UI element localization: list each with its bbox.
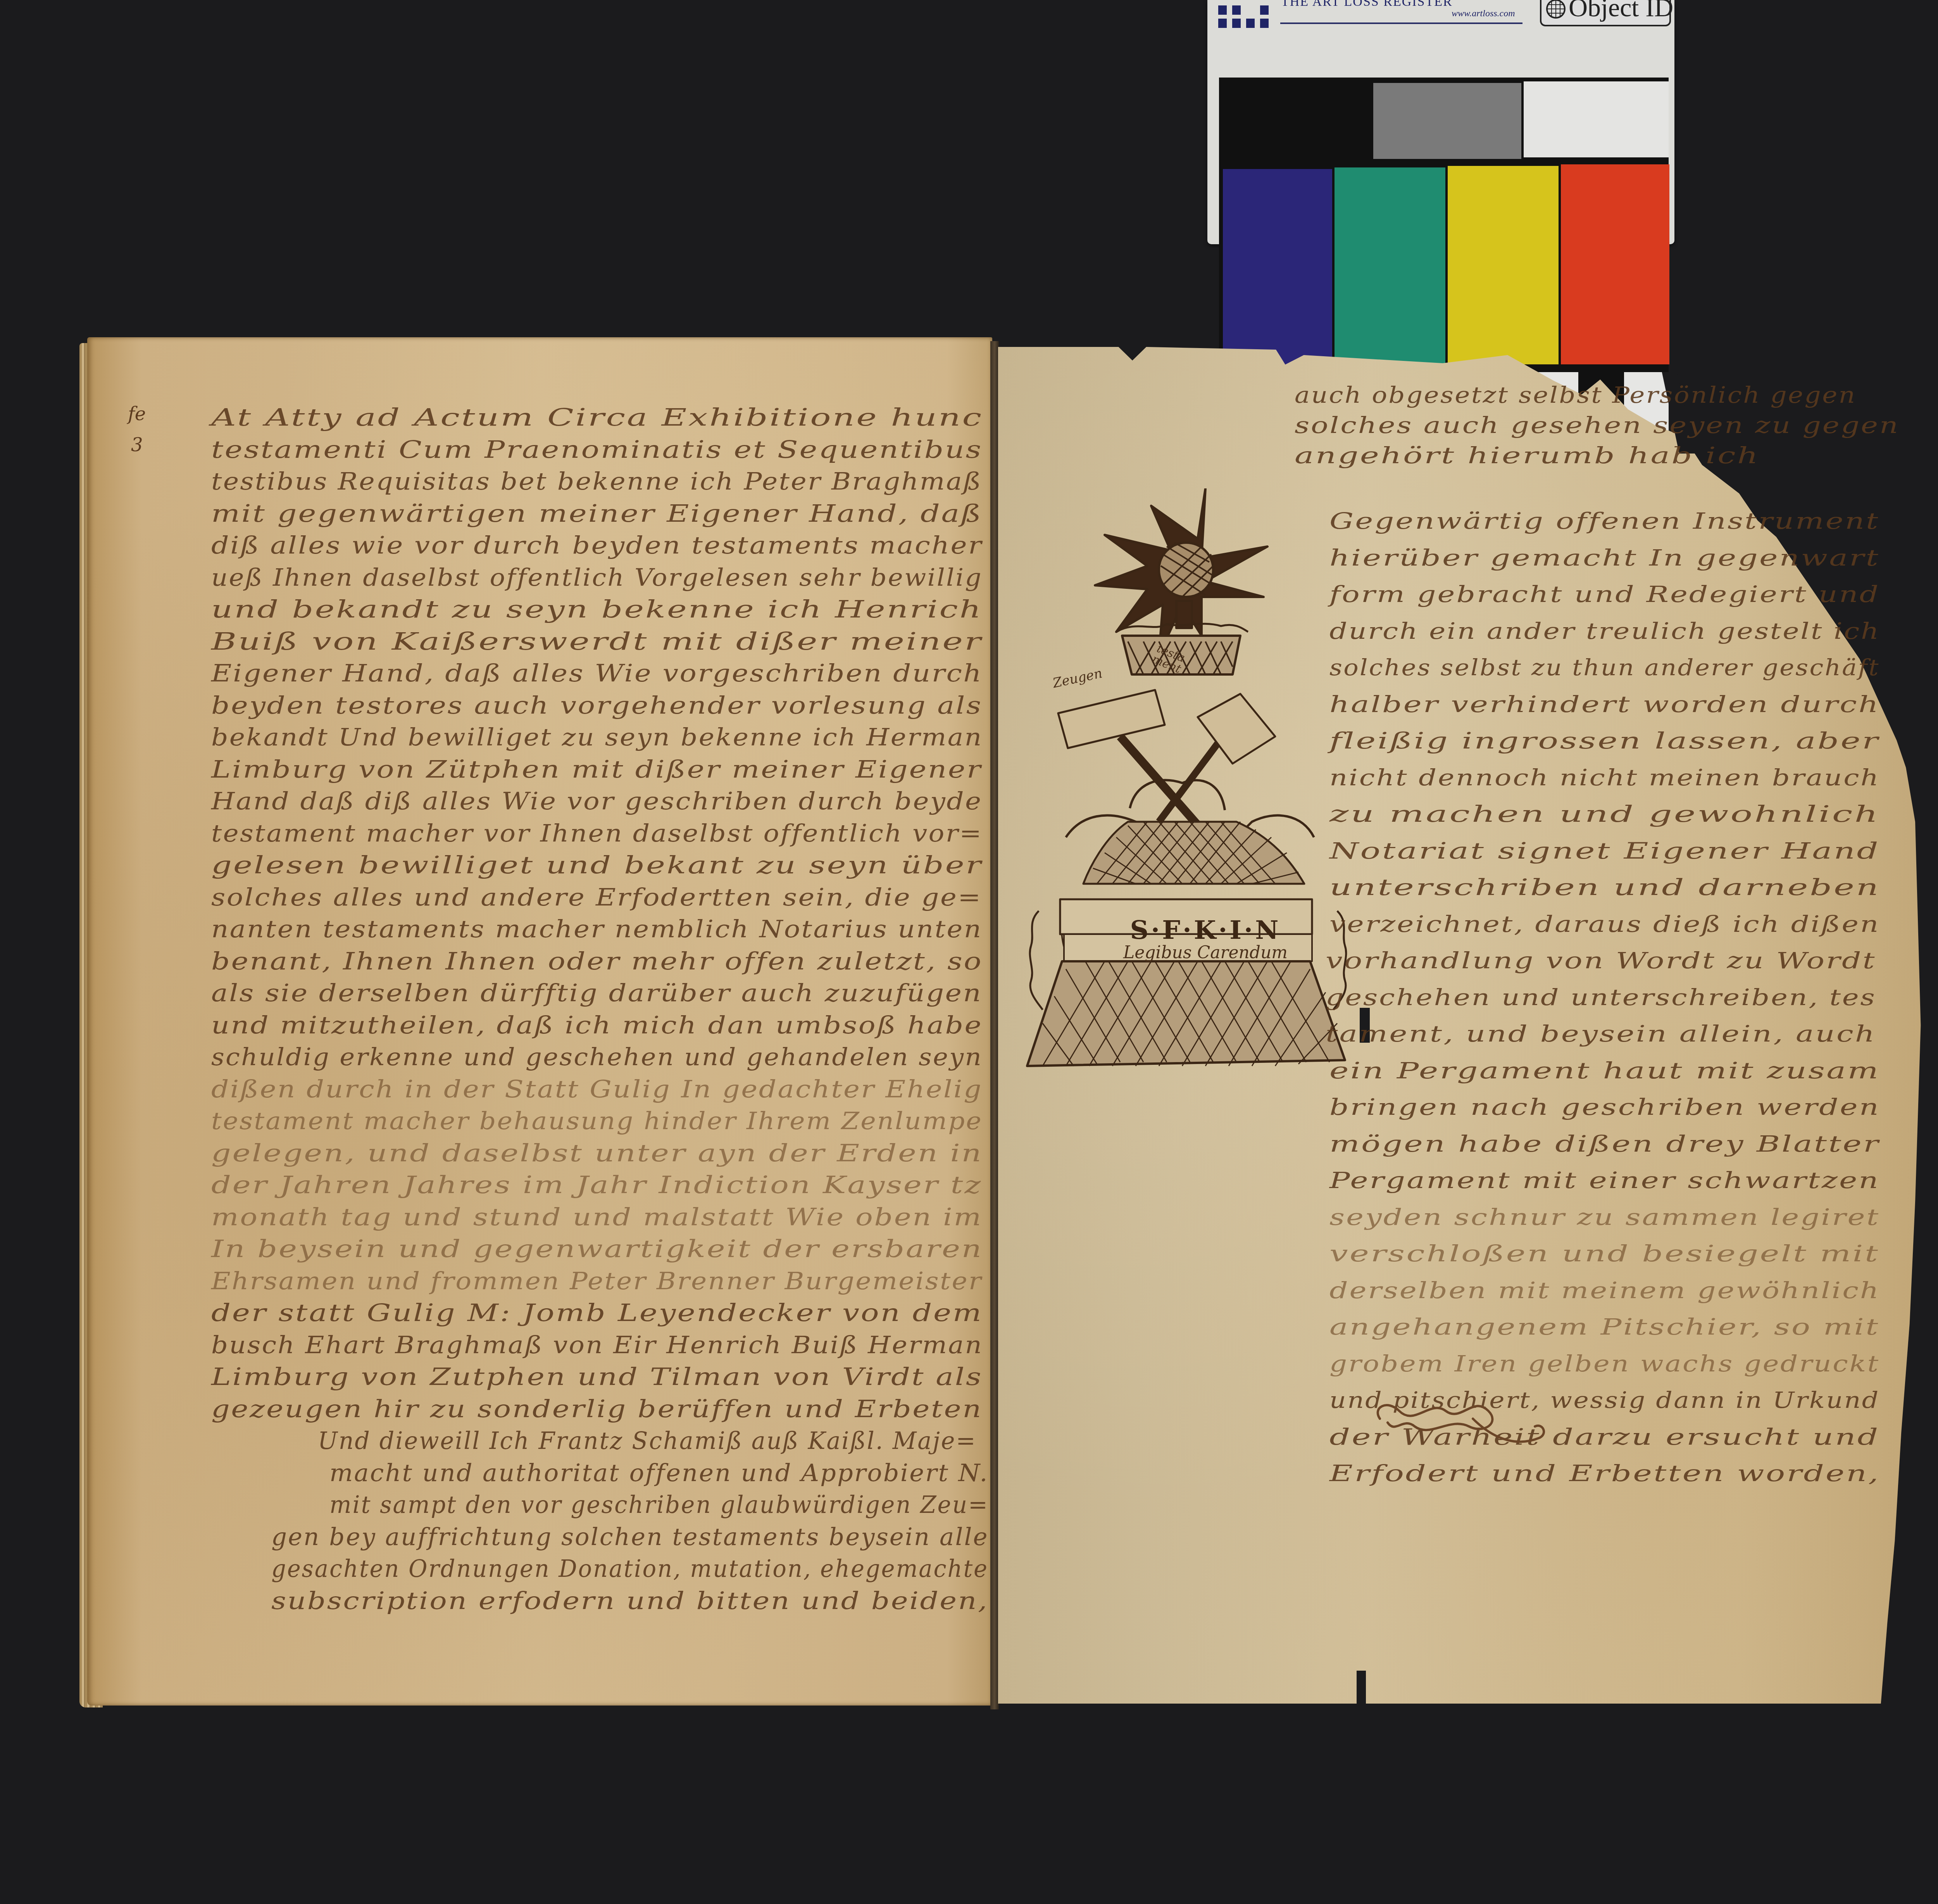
art-loss-register-logo-icon <box>1218 2 1269 26</box>
manuscript-line: gelesen bewilliget und bekant zu seyn üb… <box>211 851 983 879</box>
color-calibration-card: THE ART LOSS REGISTER www.artloss.com Ob… <box>1207 0 1674 244</box>
manuscript-line: Limburg von Zütphen mit dißer meiner Eig… <box>211 755 982 783</box>
manuscript-line: Notariat signet Eigener Hand <box>1329 838 1880 864</box>
color-patch-yellow <box>1448 166 1559 366</box>
manuscript-line: Limburg von Zutphen und Tilman von Virdt… <box>211 1362 983 1391</box>
manuscript-line: mögen habe dißen drey Blatter <box>1329 1131 1880 1157</box>
manuscript-line: benant, Ihnen Ihnen oder mehr offen zule… <box>211 947 983 975</box>
manuscript-line: gelegen, und daselbst unter ayn der Erde… <box>211 1139 983 1167</box>
manuscript-line: dißen durch in der Statt Gulig In gedach… <box>211 1075 983 1103</box>
manuscript-line: unterschriben und darneben <box>1329 874 1880 900</box>
manuscript-line: vorhandlung von Wordt zu Wordt <box>1326 947 1876 974</box>
manuscript-line: zu machen und gewohnlich <box>1329 801 1880 827</box>
object-id-label: Object ID <box>1569 0 1673 23</box>
manuscript-line: auch obgesetzt selbst Persönlich gegen <box>1295 382 1856 408</box>
globe-icon <box>1546 0 1566 19</box>
object-id-badge: Object ID <box>1540 0 1671 26</box>
manuscript-line: seyden schnur zu sammen legiret <box>1329 1204 1880 1230</box>
card-header: THE ART LOSS REGISTER www.artloss.com Ob… <box>1207 0 1674 31</box>
manuscript-line: derselben mit meinem gewöhnlich <box>1329 1277 1880 1304</box>
manuscript-line: testamenti Cum Praenominatis et Sequenti… <box>211 435 983 464</box>
divider <box>1280 22 1522 24</box>
margin-note: 3 <box>131 434 143 456</box>
manuscript-line: schuldig erkenne und geschehen und gehan… <box>211 1043 983 1071</box>
color-patch-row <box>1219 160 1669 365</box>
manuscript-line: ein Pergament haut mit zusam <box>1329 1057 1880 1084</box>
manuscript-line: Ehrsamen und frommen Peter Brenner Burge… <box>211 1267 983 1295</box>
manuscript-line: gen bey auffrichtung solchen testaments … <box>271 1523 989 1551</box>
tear-hole <box>1357 1671 1366 1706</box>
manuscript-line: fleißig ingrossen lassen, aber <box>1329 728 1880 754</box>
manuscript-line: testibus Requisitas bet bekenne ich Pete… <box>211 467 982 495</box>
manuscript-line: gesachten Ordnungen Donation, mutation, … <box>271 1554 988 1583</box>
manuscript-line: macht und authoritat offenen und Approbi… <box>329 1459 989 1487</box>
grey-patch-mid <box>1373 83 1521 159</box>
manuscript-line: geschehen und unterschreiben, tes <box>1326 984 1876 1011</box>
manuscript-line: ueß Ihnen daselbst offentlich Vorgelesen… <box>211 563 983 592</box>
margin-note: fe <box>128 403 146 425</box>
manuscript-line: Hand daß diß alles Wie vor geschriben du… <box>211 787 982 815</box>
color-patch-red <box>1561 164 1669 364</box>
grey-patch-white <box>1524 81 1669 157</box>
manuscript-line: diß alles wie vor durch beyden testament… <box>211 531 983 559</box>
signet-initials: S·F·K·I·N <box>1066 915 1345 945</box>
manuscript-line: durch ein ander treulich gestelt ich <box>1329 618 1880 644</box>
brand-url: www.artloss.com <box>1452 9 1515 19</box>
book-spine-gutter <box>990 341 999 1709</box>
manuscript-line: mit gegenwärtigen meiner Eigener Hand, d… <box>211 499 983 528</box>
color-patch-green <box>1335 167 1445 367</box>
manuscript-line: tament, und beysein allein, auch <box>1326 1021 1876 1047</box>
manuscript-line: solches auch gesehen seyen zu gegen <box>1295 412 1900 438</box>
manuscript-line: Gegenwärtig offenen Instrument <box>1329 508 1879 534</box>
manuscript-line: subscription erfodern und bitten und bei… <box>271 1587 988 1615</box>
brand-name: THE ART LOSS REGISTER <box>1281 0 1453 9</box>
manuscript-line: gezeugen hir zu sonderlig berüffen und E… <box>211 1395 983 1423</box>
manuscript-line: halber verhindert worden durch <box>1329 691 1880 717</box>
manuscript-line: solches alles und andere Erfodertten sei… <box>211 883 982 911</box>
manuscript-line: und mitzutheilen, daß ich mich dan umbso… <box>211 1011 983 1039</box>
manuscript-line: At Atty ad Actum Circa Exhibitione hunc <box>211 403 983 431</box>
manuscript-line: verzeichnet, daraus dieß ich dißen <box>1329 911 1880 937</box>
manuscript-line: form gebracht und Redegiert und <box>1329 581 1880 607</box>
manuscript-line: nicht dennoch nicht meinen brauch <box>1329 764 1880 791</box>
grey-patch-black <box>1219 78 1373 160</box>
manuscript-line: angehangenem Pitschier, so mit <box>1329 1314 1879 1340</box>
manuscript-line: testament macher vor Ihnen daselbst offe… <box>211 819 983 847</box>
manuscript-line: Erfodert und Erbetten worden, <box>1329 1460 1880 1487</box>
manuscript-line: Pergament mit einer schwartzen <box>1329 1167 1880 1193</box>
manuscript-line: bekandt Und bewilliget zu seyn bekenne i… <box>211 723 983 751</box>
manuscript-line: als sie derselben dürfftig darüber auch … <box>211 979 982 1007</box>
manuscript-line: Buiß von Kaißerswerdt mit dißer meiner <box>211 627 983 655</box>
manuscript-line: Und dieweill Ich Frantz Schamiß auß Kaiß… <box>318 1426 977 1455</box>
manuscript-line: verschloßen und besiegelt mit <box>1329 1240 1879 1267</box>
manuscript-line: testament macher behausung hinder Ihrem … <box>211 1107 983 1135</box>
manuscript-line: bringen nach geschriben werden <box>1329 1094 1880 1120</box>
manuscript-line: der statt Gulig M: Jomb Leyendecker von … <box>211 1299 983 1327</box>
signet-motto: Legibus Carendum <box>1062 943 1349 962</box>
manuscript-line: solches selbst zu thun anderer geschäft <box>1329 654 1880 681</box>
manuscript-line: monath tag und stund und malstatt Wie ob… <box>211 1203 983 1231</box>
manuscript-line: hierüber gemacht In gegenwart <box>1329 545 1880 571</box>
manuscript-line: busch Ehart Braghmaß von Eir Henrich Bui… <box>211 1331 983 1359</box>
notarial-signet-icon <box>1019 488 1353 1078</box>
manuscript-line: In beysein und gegenwartigkeit der ersba… <box>211 1235 983 1263</box>
manuscript-line: der Jahren Jahres im Jahr Indiction Kays… <box>211 1171 982 1199</box>
closing-flourish-icon <box>1372 1395 1550 1450</box>
manuscript-line: mit sampt den vor geschriben glaubwürdig… <box>329 1490 989 1519</box>
manuscript-line: beyden testores auch vorgehender vorlesu… <box>211 691 983 719</box>
color-patch-blue <box>1223 169 1332 369</box>
greyscale-row <box>1219 78 1669 160</box>
manuscript-line: und bekandt zu seyn bekenne ich Henrich <box>211 595 983 623</box>
manuscript-line: grobem Iren gelben wachs gedruckt <box>1329 1350 1880 1377</box>
manuscript-line: angehört hierumb hab ich <box>1295 442 1760 469</box>
manuscript-line: Eigener Hand, daß alles Wie vorgeschribe… <box>211 659 983 687</box>
notarial-signet-drawing: Zeugen testa ment S·F·K·I·N Legibus Care… <box>1019 488 1353 1078</box>
manuscript-line: nanten testaments macher nemblich Notari… <box>211 915 982 943</box>
